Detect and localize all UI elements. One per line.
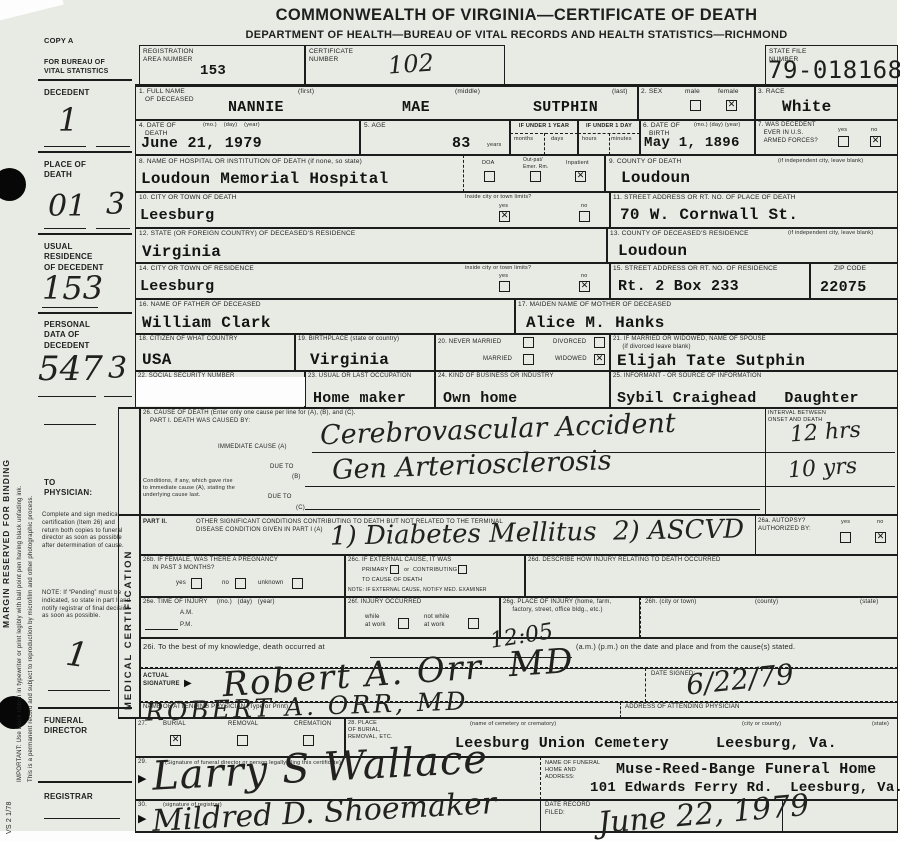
death-limits-label: Inside city or town limits?	[465, 194, 532, 201]
pregnancy-yes-checkbox	[191, 578, 202, 589]
code-place-a: 01	[48, 192, 86, 222]
citizen-value: USA	[142, 352, 172, 368]
code-decedent: 1	[58, 104, 78, 136]
hospital-value: Loudoun Memorial Hospital	[141, 171, 389, 187]
widowed-label: WIDOWED	[555, 356, 587, 364]
funeral-home-value: Muse-Reed-Bange Funeral Home	[616, 762, 876, 777]
last-name-value: SUTPHIN	[533, 100, 598, 115]
statement-pre: 26i. To the best of my knowledge, death …	[143, 642, 325, 652]
code-underline	[38, 396, 96, 397]
code-underline	[44, 146, 86, 147]
date-of-death-sub: (mo.) (day) (year)	[203, 122, 260, 129]
redaction-box	[136, 377, 306, 406]
section-place-of-death: PLACE OF DEATH	[44, 160, 86, 181]
sex-label: 2. SEX	[641, 88, 662, 96]
section-registrar: REGISTRAR	[44, 792, 93, 802]
attending-address-label: ADDRESS OF ATTENDING PHYSICIAN	[625, 704, 740, 712]
medical-certification-label: MEDICAL CERTIFICATION	[123, 420, 135, 710]
divorced-checkbox	[594, 337, 605, 348]
armed-yes-label: yes	[838, 127, 847, 134]
binding-margin-text: MARGIN RESERVED FOR BINDING	[1, 248, 12, 628]
divider	[620, 702, 621, 718]
cause-label: 26. CAUSE OF DEATH (Enter only one cause…	[143, 410, 356, 418]
county-of-death-value: Loudoun	[621, 170, 690, 186]
sex-male-label: male	[685, 88, 700, 96]
hole-punch	[0, 696, 30, 729]
external-cause-label: 26c. IF EXTERNAL CAUSE, IT WAS	[348, 557, 451, 565]
business-value: Own home	[443, 391, 517, 406]
part2-label: PART II.	[143, 519, 167, 527]
autopsy-label: 26a. AUTOPSY? AUTHORIZED BY:	[758, 518, 811, 534]
section-decedent: DECEDENT	[44, 88, 90, 98]
father-value: William Clark	[142, 315, 271, 331]
injury-occurred-label: 26f. INJURY OCCURRED	[348, 599, 421, 607]
contributing-label: CONTRIBUTING	[413, 567, 457, 574]
or-label: or	[404, 567, 409, 574]
armed-forces-label: 7. WAS DECEDENT EVER IN U.S. ARMED FORCE…	[758, 122, 818, 145]
certificate-number-value: 102	[387, 50, 434, 77]
armed-no-checkbox: ✕	[870, 136, 881, 147]
c-label: (C)	[296, 505, 305, 513]
burial-label: BURIAL	[163, 721, 186, 729]
autopsy-no-checkbox: ✕	[875, 532, 886, 543]
divider	[38, 312, 132, 314]
race-label: 3. RACE	[758, 88, 785, 96]
statement-post: (a.m.) (p.m.) on the date and place and …	[576, 642, 795, 651]
first-hint: (first)	[298, 88, 314, 96]
actual-signature-label: ACTUAL SIGNATURE	[143, 673, 180, 689]
code-underline	[44, 818, 120, 819]
describe-injury-label: 26d. DESCRIBE HOW INJURY RELATING TO DEA…	[528, 557, 721, 565]
divider	[38, 233, 132, 235]
city-of-death-value: Leesburg	[140, 208, 214, 223]
res-limits-no-label: no	[581, 273, 588, 280]
certificate-number-label: CERTIFICATE NUMBER	[309, 48, 353, 65]
arrow-icon: ▶	[184, 678, 192, 689]
divider	[38, 79, 132, 81]
divider	[540, 800, 541, 833]
age-label: 5. AGE	[364, 122, 386, 130]
external-cause-note: NOTE: IF EXTERNAL CAUSE, NOTIFY MED. EXA…	[348, 587, 487, 594]
code-place-b: 3	[106, 190, 125, 220]
res-limits-yes-label: yes	[499, 273, 508, 280]
first-name-value: NANNIE	[228, 100, 284, 115]
funeral-director-number: 29.	[138, 759, 147, 767]
death-limits-no-label: no	[581, 203, 588, 210]
code-residence: 153	[42, 272, 103, 304]
pregnancy-yes-label: yes	[176, 580, 186, 588]
cause-b-line	[305, 486, 895, 487]
certificate-page: MARGIN RESERVED FOR BINDING IMPORTANT: U…	[0, 0, 900, 841]
section-funeral-director: FUNERAL DIRECTOR	[44, 716, 87, 737]
autopsy-yes-label: yes	[841, 519, 850, 526]
inpatient-checkbox: ✕	[575, 171, 586, 182]
street-residence-value: Rt. 2 Box 233	[618, 279, 739, 294]
code-personal-b: 3	[108, 354, 127, 384]
to-cause-label: TO CAUSE OF DEATH	[362, 577, 422, 584]
section-personal-data: PERSONAL DATA OF DECEDENT	[44, 320, 90, 351]
res-limits-yes-checkbox	[499, 281, 510, 292]
minutes-label: minutes	[611, 136, 632, 143]
copy-label: COPY A	[44, 36, 74, 46]
doa-label: DOA	[482, 160, 495, 167]
divider	[38, 151, 132, 153]
registration-area-value: 153	[200, 64, 226, 78]
informant-value: Sybil Craighead Daughter	[617, 391, 859, 406]
form-code: VS 2 1/78	[5, 772, 14, 834]
under-1-day-label: IF UNDER 1 DAY	[579, 123, 639, 130]
divider	[540, 757, 541, 800]
armed-yes-checkbox	[838, 136, 849, 147]
immediate-cause-label: IMMEDIATE CAUSE (A)	[218, 444, 287, 452]
pregnancy-unknown-checkbox	[292, 578, 303, 589]
divider	[645, 668, 646, 702]
armed-no-label: no	[871, 127, 878, 134]
citizen-label: 18. CITIZEN OF WHAT COUNTRY	[139, 336, 238, 344]
occupation-value: Home maker	[313, 391, 406, 406]
outpatient-checkbox	[530, 171, 541, 182]
birthplace-value: Virginia	[310, 352, 389, 368]
days-label: days	[551, 136, 563, 143]
county-residence-hint: (if independent city, leave blank)	[788, 230, 873, 237]
outpatient-label: Out-pat/ Emer. Rm.	[523, 157, 548, 170]
street-of-death-label: 11. STREET ADDRESS OR RT. NO. OF PLACE O…	[613, 194, 796, 202]
removal-checkbox	[237, 735, 248, 746]
code-underline	[44, 424, 96, 425]
county-of-death-label: 9. COUNTY OF DEATH	[609, 158, 681, 166]
pregnancy-no-label: no	[222, 580, 229, 588]
city-residence-value: Leesburg	[140, 279, 214, 294]
zip-label: ZIP CODE	[834, 265, 866, 273]
removal-label: REMOVAL	[228, 721, 258, 729]
cause-c-line	[305, 509, 760, 510]
widowed-checkbox: ✕	[594, 354, 605, 365]
occupation-label: 23. USUAL OR LAST OCCUPATION	[308, 373, 432, 381]
hospital-label: 8. NAME OF HOSPITAL OR INSTITUTION OF DE…	[139, 158, 362, 166]
code-underline	[42, 307, 98, 308]
registrar-number: 30.	[138, 802, 147, 810]
place-of-injury-label: 26g. PLACE OF INJURY (home, farm, factor…	[503, 599, 611, 615]
place-of-burial-label: 28. PLACE OF BURIAL, REMOVAL, ETC.	[348, 720, 393, 741]
b-label: (B)	[292, 474, 301, 482]
code-underline	[96, 146, 130, 147]
father-label: 16. NAME OF FATHER OF DECEASED	[139, 301, 261, 309]
injury-city-label: 26h. (city or town)	[645, 599, 696, 607]
primary-label: PRIMARY	[362, 567, 388, 574]
date-of-death-value: June 21, 1979	[141, 136, 262, 151]
important-note-line2: This is a permanent record and subject t…	[28, 332, 36, 782]
to-physician-heading: TO PHYSICIAN:	[44, 478, 92, 499]
time-of-injury-label: 26e. TIME OF INJURY (mo.) (day) (year)	[143, 599, 275, 607]
code-underline	[104, 396, 132, 397]
contributing-checkbox	[458, 565, 467, 574]
city-residence-label: 14. CITY OR TOWN OF RESIDENCE	[139, 265, 254, 273]
months-label: months	[514, 136, 533, 143]
race-value: White	[782, 99, 832, 115]
married-checkbox	[523, 354, 534, 365]
spouse-value: Elijah Tate Sutphin	[617, 353, 805, 369]
cemetery-hint: (name of cemetery or crematory)	[470, 721, 556, 728]
death-limits-yes-checkbox: ✕	[499, 211, 510, 222]
never-married-label: 20. NEVER MARRIED	[438, 339, 501, 347]
hours-label: hours	[582, 136, 597, 143]
pm-label: P.M.	[180, 622, 192, 630]
mother-label: 17. MAIDEN NAME OF MOTHER OF DECEASED	[518, 301, 671, 309]
interval-b-value: 10 yrs	[787, 456, 858, 483]
hole-punch	[0, 168, 26, 201]
not-while-at-work-checkbox	[468, 618, 479, 629]
zip-value: 22075	[820, 280, 867, 295]
divider	[463, 155, 464, 192]
under-1-year-label: IF UNDER 1 YEAR	[511, 123, 577, 130]
sex-male-checkbox	[690, 100, 701, 111]
state-residence-label: 12. STATE (OR FOREIGN COUNTRY) OF DECEAS…	[139, 230, 355, 238]
full-name-label: 1. FULL NAME OF DECEASED	[139, 88, 194, 105]
autopsy-no-label: no	[877, 519, 884, 526]
married-label: MARRIED	[483, 356, 512, 364]
birthplace-label: 19. BIRTHPLACE (state or country)	[298, 336, 432, 344]
county-residence-label: 13. COUNTY OF DECEASED'S RESIDENCE	[610, 230, 749, 238]
due-to-c-label: DUE TO	[268, 494, 292, 502]
pregnancy-unknown-label: unknown	[258, 580, 283, 588]
death-limits-yes-label: yes	[499, 203, 508, 210]
state-file-number-value: 79-018168	[768, 58, 900, 82]
date-of-birth-sub: (mo.) (day) (year)	[694, 122, 740, 129]
code-underline	[96, 228, 130, 229]
pregnancy-label: 26b. IF FEMALE, WAS THERE A PREGNANCY IN…	[143, 557, 278, 573]
arrow-icon: ▶	[138, 772, 146, 785]
inpatient-label: Inpatient	[566, 160, 589, 167]
burial-state-hint: (state)	[872, 721, 889, 728]
disposition-number: 27.	[138, 721, 147, 729]
business-label: 24. KIND OF BUSINESS OR INDUSTRY	[438, 373, 554, 381]
age-value: 83	[452, 136, 471, 151]
while-at-work-checkbox	[398, 618, 409, 629]
registration-area-label: REGISTRATION AREA NUMBER	[143, 48, 194, 65]
spouse-label: 21. IF MARRIED OR WIDOWED, NAME OF SPOUS…	[613, 336, 766, 352]
divorced-label: DIVORCED	[553, 339, 586, 347]
burial-city-value: Leesburg, Va.	[716, 736, 837, 751]
burial-checkbox: ✕	[170, 735, 181, 746]
city-of-death-label: 10. CITY OR TOWN OF DEATH	[139, 194, 237, 202]
funeral-home-label: NAME OF FUNERAL HOME AND ADDRESS:	[545, 760, 600, 781]
not-while-at-work-label: not while at work	[424, 614, 449, 630]
death-limits-no-checkbox	[579, 211, 590, 222]
divider	[38, 781, 132, 783]
sex-female-label: female	[718, 88, 739, 96]
interval-header: INTERVAL BETWEEN ONSET AND DEATH	[768, 410, 826, 424]
part1-label: PART I. DEATH WAS CAUSED BY:	[150, 418, 250, 426]
important-note-line1: IMPORTANT: Use black ribbon in typewrite…	[17, 332, 25, 782]
middle-hint: (middle)	[455, 88, 480, 96]
pregnancy-no-checkbox	[235, 578, 246, 589]
state-residence-value: Virginia	[142, 244, 221, 260]
divider	[765, 408, 766, 515]
page-title: COMMONWEALTH OF VIRGINIA—CERTIFICATE OF …	[135, 5, 898, 26]
page-subtitle: DEPARTMENT OF HEALTH—BUREAU OF VITAL REC…	[135, 28, 898, 42]
street-of-death-value: 70 W. Cornwall St.	[620, 207, 798, 223]
conditions-note: Conditions, if any, which gave rise to i…	[143, 478, 235, 499]
am-label: A.M.	[180, 610, 193, 618]
due-to-b-label: DUE TO	[270, 464, 294, 472]
mother-value: Alice M. Hanks	[526, 315, 665, 331]
informant-label: 25. INFORMANT - OR SOURCE OF INFORMATION	[613, 373, 761, 381]
autopsy-yes-checkbox	[840, 532, 851, 543]
scan-corner	[0, 0, 64, 26]
time-blank-line	[145, 629, 178, 630]
while-at-work-label: while at work	[365, 614, 386, 630]
burial-city-hint: (city or county)	[742, 721, 781, 728]
divider	[782, 800, 783, 833]
county-of-death-hint: (if independent city, leave blank)	[778, 158, 863, 165]
never-married-checkbox	[523, 337, 534, 348]
code-underline	[44, 228, 86, 229]
cremation-label: CREMATION	[294, 721, 331, 729]
res-limits-label: inside city or town limits?	[465, 265, 531, 272]
date-filed-label: DATE RECORD FILED:	[545, 802, 590, 818]
divider	[544, 133, 545, 155]
sex-female-checkbox: ✕	[726, 100, 737, 111]
code-physician: 1	[64, 637, 90, 674]
divider	[609, 133, 610, 155]
age-unit-label: years	[487, 142, 501, 149]
street-residence-label: 15. STREET ADDRESS OR RT. NO. OF RESIDEN…	[613, 265, 803, 273]
date-of-birth-value: May 1, 1896	[644, 136, 740, 150]
code-underline	[48, 690, 110, 691]
part2-value: 1) Diabetes Mellitus 2) ASCVD	[330, 516, 745, 549]
county-residence-value: Loudoun	[618, 243, 687, 259]
injury-state-label: (state)	[860, 599, 878, 607]
last-hint: (last)	[612, 88, 628, 96]
injury-county-label: (county)	[755, 599, 778, 607]
doa-checkbox	[484, 171, 495, 182]
res-limits-no-checkbox: ✕	[579, 281, 590, 292]
primary-checkbox	[390, 565, 399, 574]
arrow-icon: ▶	[138, 812, 146, 825]
code-personal-a: 547	[38, 352, 103, 386]
bureau-label: FOR BUREAU OF VITAL STATISTICS	[44, 58, 109, 76]
middle-name-value: MAE	[402, 100, 430, 115]
